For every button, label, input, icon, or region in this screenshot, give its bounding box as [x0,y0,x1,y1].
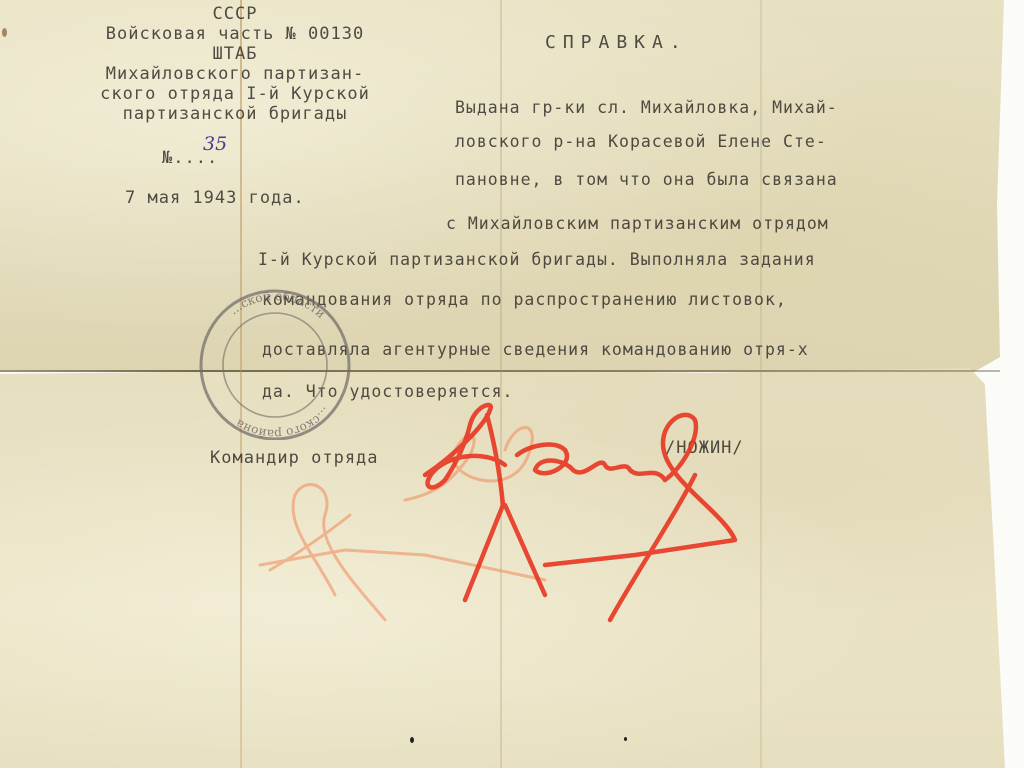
header-country: СССР [55,4,415,24]
stain-spot [2,28,7,37]
document-number-handwritten: 35 [203,133,227,155]
document-title: СПРАВКА. [545,32,688,53]
body-line: пановне, в том что она была связана [455,170,838,189]
header-unit: Войсковая часть № 00130 [55,24,415,44]
stamp-text-top: ...ской области [227,289,328,321]
header-detachment-cont: ского отряда I-й Курской [55,84,415,104]
body-line: ловского р-на Корасевой Елене Сте- [455,132,827,151]
header-hq: ШТАБ [55,44,415,64]
document-scan: СССР Войсковая часть № 00130 ШТАБ Михайл… [0,0,1024,768]
body-line: I-й Курской партизанской бригады. Выполн… [258,250,816,269]
issuer-header: СССР Войсковая часть № 00130 ШТАБ Михайл… [55,4,415,124]
svg-text:...ской области: ...ской области [227,289,328,321]
body-line: с Михайловским партизанским отрядом [446,214,829,233]
document-date: 7 мая 1943 года. [125,188,305,208]
body-line: Выдана гр-ки сл. Михайловка, Михай- [455,98,838,117]
ink-speck [410,737,414,743]
header-brigade: партизанской бригады [55,104,415,124]
header-detachment: Михайловского партизан- [55,64,415,84]
red-pencil-signature [255,395,755,635]
ink-speck [624,737,627,741]
